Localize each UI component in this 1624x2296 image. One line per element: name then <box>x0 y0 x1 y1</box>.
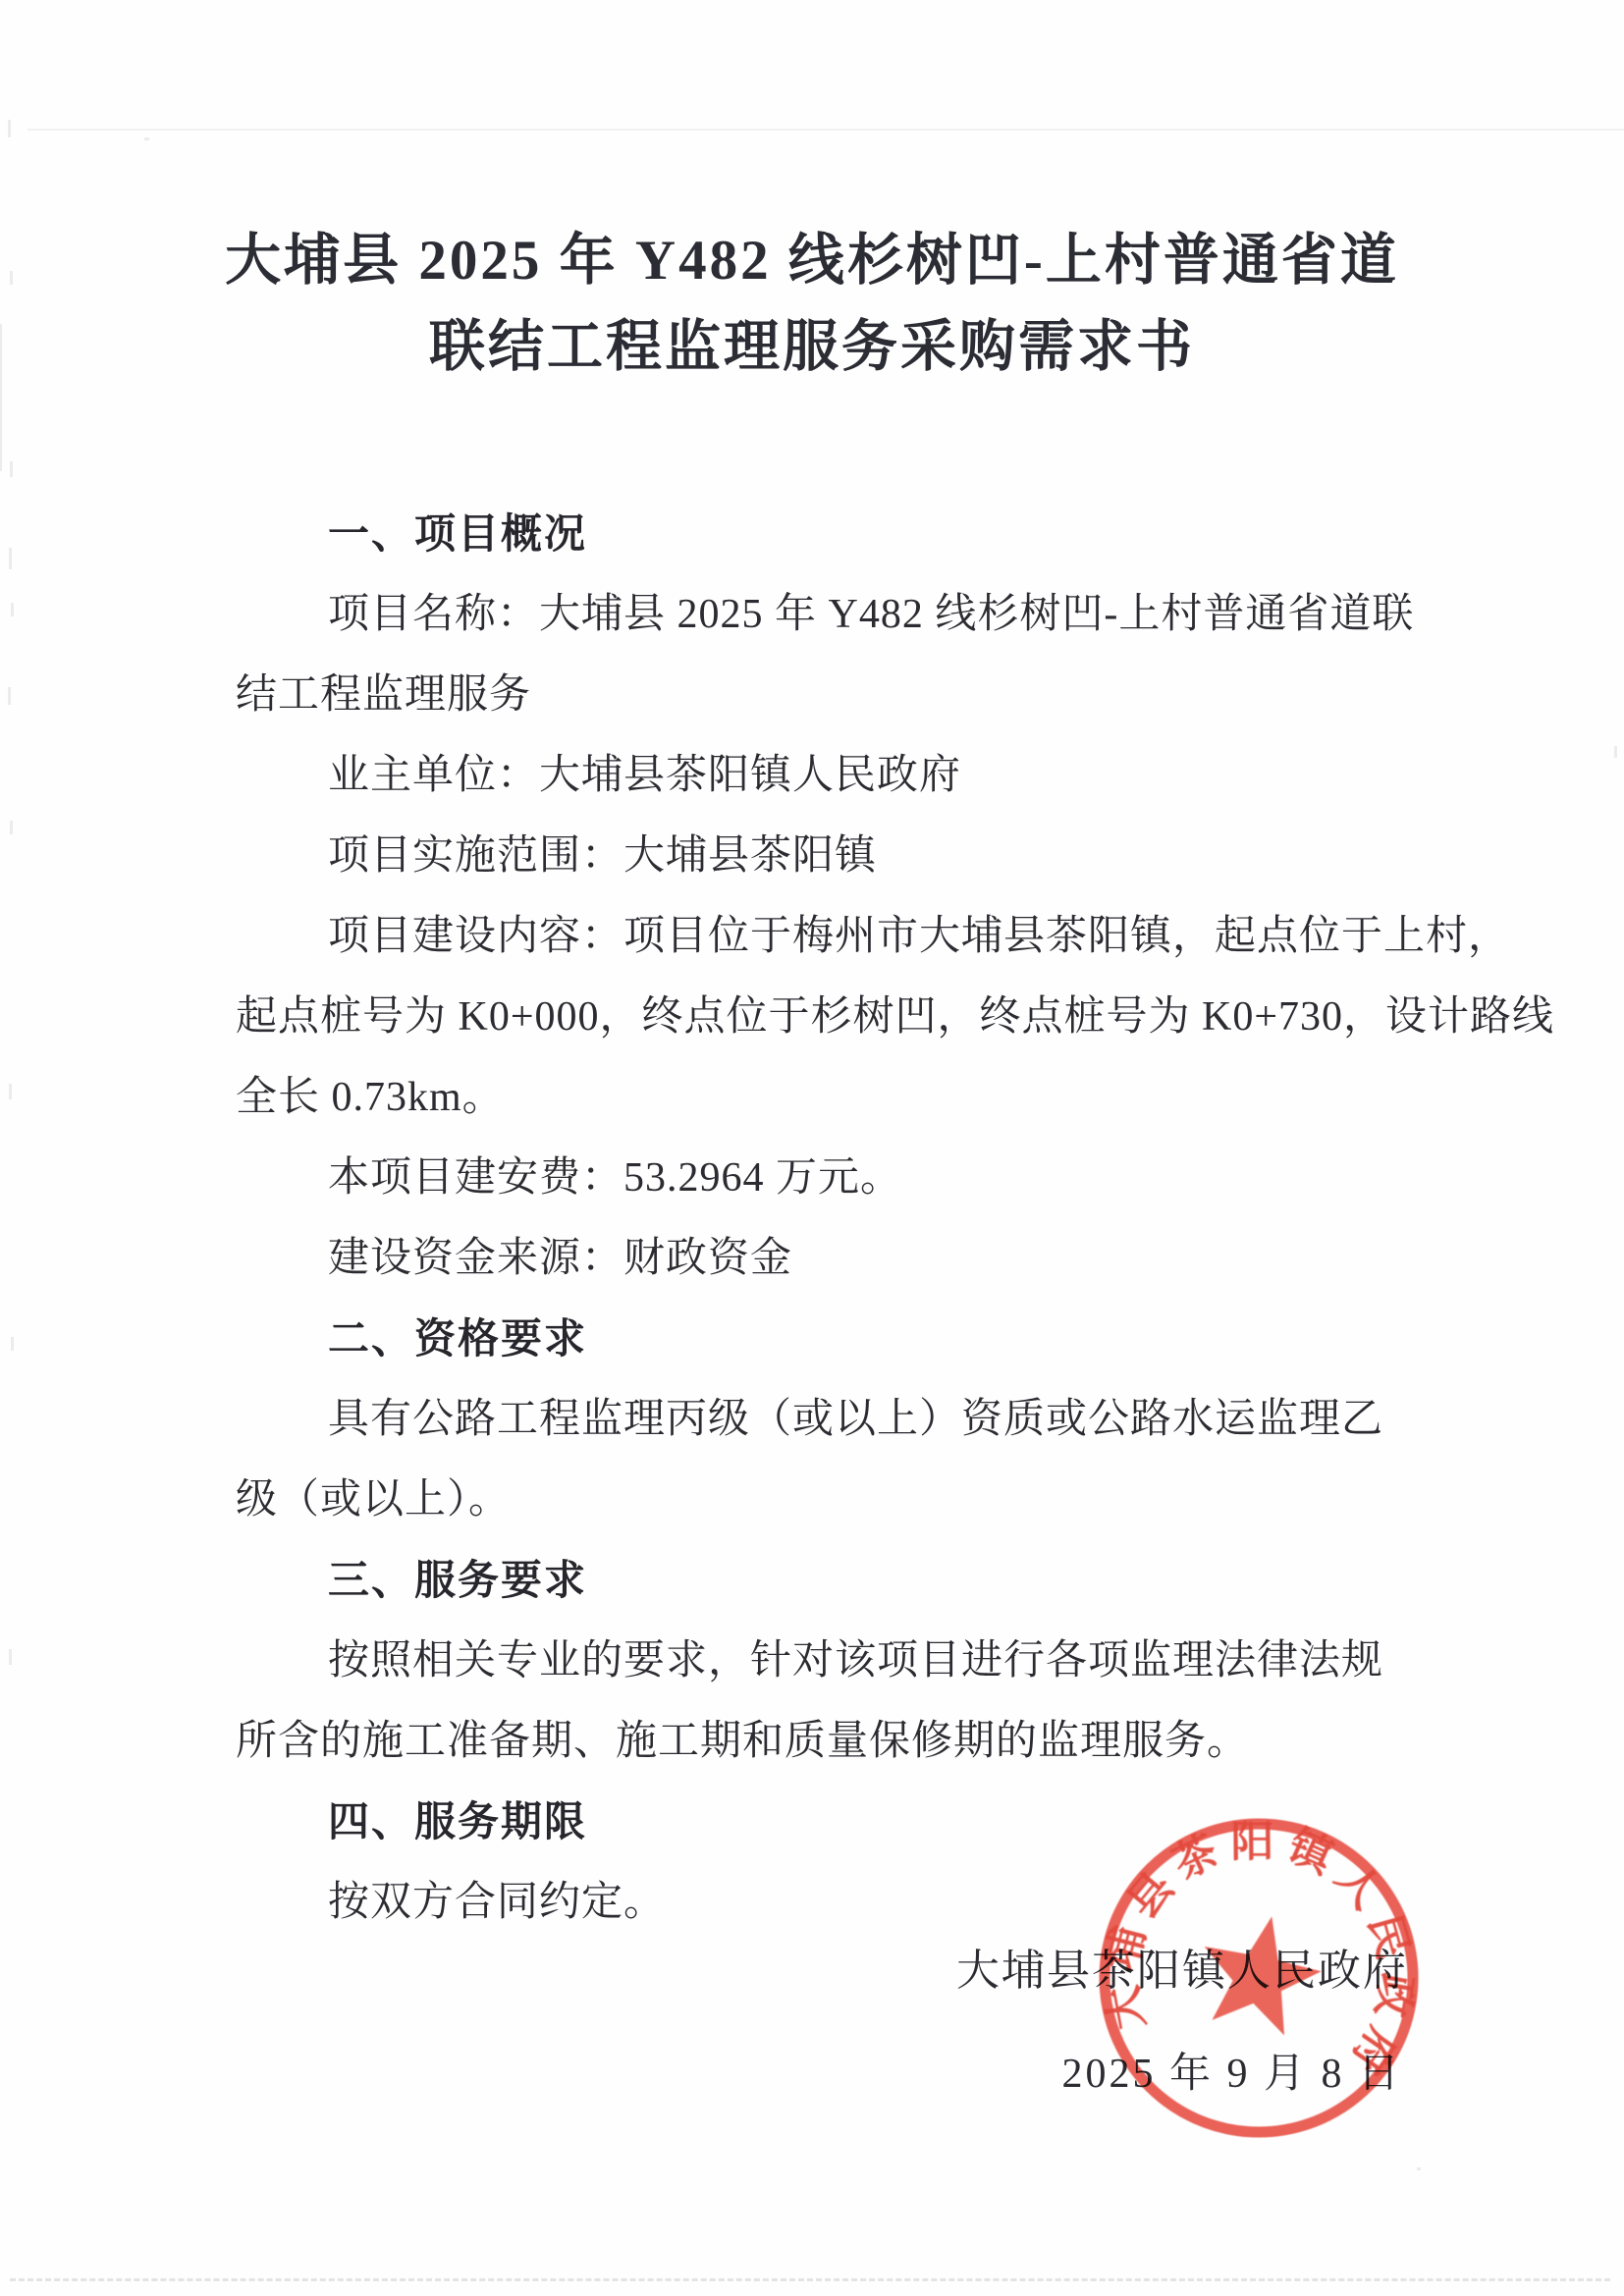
scan-artifact <box>1417 2167 1421 2170</box>
scan-artifact <box>10 271 13 285</box>
scan-artifact <box>11 1337 14 1351</box>
section-heading-3: 三、服务要求 <box>236 1540 1473 1621</box>
scan-artifact <box>9 1084 12 1099</box>
seal-star-icon <box>1190 1904 1330 2041</box>
body-line: 本项目建安费：53.2964 万元。 <box>236 1138 1473 1218</box>
body-line: 所含的施工准备期、施工期和质量保修期的监理服务。 <box>236 1701 1473 1782</box>
scan-artifact <box>27 129 1624 131</box>
document-title: 大埔县 2025 年 Y482 线杉树凹-上村普通省道 联结工程监理服务采购需求… <box>0 218 1624 391</box>
body-line: 级（或以上）。 <box>236 1460 1473 1540</box>
scan-artifact <box>144 137 149 140</box>
scan-artifact <box>8 687 11 705</box>
scan-artifact <box>8 120 11 137</box>
scan-artifact <box>10 2278 1610 2281</box>
body-line: 业主单位：大埔县茶阳镇人民政府 <box>236 735 1473 816</box>
section-heading-2: 二、资格要求 <box>236 1299 1473 1379</box>
body-line: 具有公路工程监理丙级（或以上）资质或公路水运监理乙 <box>236 1379 1473 1460</box>
scan-artifact <box>9 1649 12 1665</box>
section-heading-1: 一、项目概况 <box>236 494 1473 574</box>
scan-artifact <box>10 461 13 477</box>
document-page: 大埔县 2025 年 Y482 线杉树凹-上村普通省道 联结工程监理服务采购需求… <box>0 0 1624 2296</box>
document-title-line-1: 大埔县 2025 年 Y482 线杉树凹-上村普通省道 <box>0 218 1624 304</box>
document-title-line-2: 联结工程监理服务采购需求书 <box>0 304 1624 391</box>
body-line: 按照相关专业的要求，针对该项目进行各项监理法律法规 <box>236 1621 1473 1701</box>
scan-artifact <box>11 603 14 616</box>
document-body: 一、项目概况 项目名称：大埔县 2025 年 Y482 线杉树凹-上村普通省道联… <box>236 494 1473 1943</box>
body-line: 项目名称：大埔县 2025 年 Y482 线杉树凹-上村普通省道联 <box>236 574 1473 655</box>
scan-artifact <box>9 548 12 569</box>
body-line: 建设资金来源：财政资金 <box>236 1218 1473 1299</box>
body-line: 项目实施范围：大埔县茶阳镇 <box>236 816 1473 896</box>
body-line: 起点桩号为 K0+000，终点位于杉树凹，终点桩号为 K0+730，设计路线 <box>236 977 1473 1057</box>
body-line: 全长 0.73km。 <box>236 1057 1473 1138</box>
scan-artifact <box>1614 746 1617 758</box>
official-seal: 大埔县茶阳镇人民政府 <box>1084 1803 1434 2153</box>
scan-artifact <box>0 324 2 471</box>
body-line: 项目建设内容：项目位于梅州市大埔县茶阳镇，起点位于上村， <box>236 896 1473 977</box>
scan-artifact <box>10 821 13 834</box>
body-line: 结工程监理服务 <box>236 655 1473 735</box>
